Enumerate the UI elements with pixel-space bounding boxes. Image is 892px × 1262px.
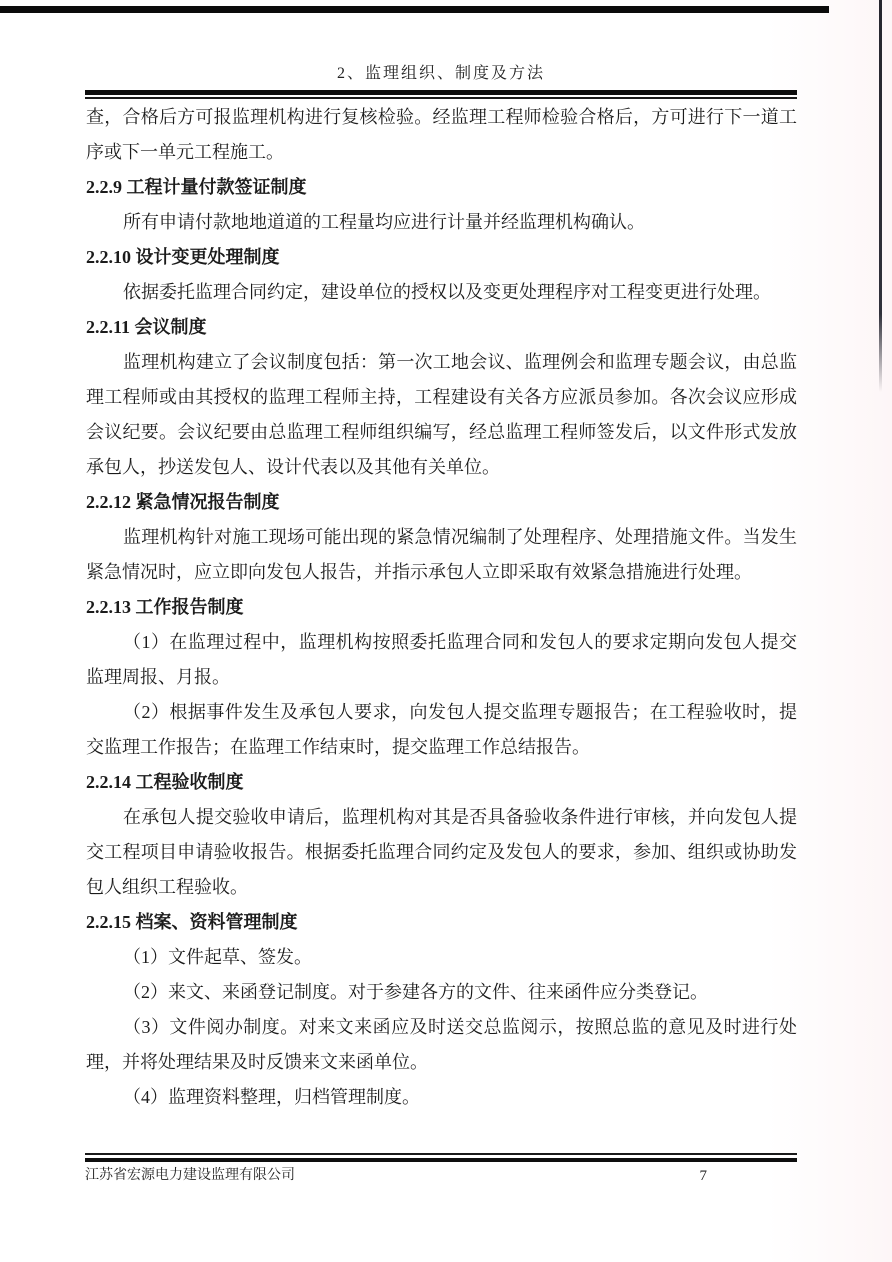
section-heading: 2.2.14 工程验收制度 — [86, 765, 797, 800]
header-rule-thin-line — [85, 97, 797, 99]
section-heading: 2.2.15 档案、资料管理制度 — [86, 905, 797, 940]
section-heading: 2.2.12 紧急情况报告制度 — [86, 485, 797, 520]
footer-rule-thick-line — [85, 1158, 797, 1163]
body-paragraph: （3）文件阅办制度。对来文来函应及时送交总监阅示，按照总监的意见及时进行处理，并… — [86, 1010, 797, 1080]
body-paragraph: 所有申请付款地地道道的工程量均应进行计量并经监理机构确认。 — [86, 205, 797, 240]
page-footer: 江苏省宏源电力建设监理有限公司 7 — [85, 1165, 797, 1187]
scan-top-edge-bar — [0, 6, 829, 13]
header-rule — [85, 90, 797, 99]
body-paragraph: 监理机构针对施工现场可能出现的紧急情况编制了处理程序、处理措施文件。当发生紧急情… — [86, 520, 797, 590]
body-paragraph: （4）监理资料整理，归档管理制度。 — [86, 1080, 797, 1115]
scan-right-edge-line — [879, 0, 882, 392]
body-paragraph: 查，合格后方可报监理机构进行复核检验。经监理工程师检验合格后，方可进行下一道工序… — [86, 100, 797, 170]
body-paragraph: 在承包人提交验收申请后，监理机构对其是否具备验收条件进行审核，并向发包人提交工程… — [86, 800, 797, 905]
document-page: { "page": { "header": { "title": "2、监理组织… — [0, 0, 892, 1262]
body-paragraph: （2）根据事件发生及承包人要求，向发包人提交监理专题报告；在工程验收时，提交监理… — [86, 695, 797, 765]
body-paragraph: （2）来文、来函登记制度。对于参建各方的文件、往来函件应分类登记。 — [86, 975, 797, 1010]
footer-page-number: 7 — [700, 1165, 798, 1187]
page-header-title: 2、监理组织、制度及方法 — [85, 60, 797, 83]
body-paragraph: 依据委托监理合同约定，建设单位的授权以及变更处理程序对工程变更进行处理。 — [86, 275, 797, 310]
section-heading: 2.2.11 会议制度 — [86, 310, 797, 345]
body-paragraph: （1）在监理过程中，监理机构按照委托监理合同和发包人的要求定期向发包人提交监理周… — [86, 625, 797, 695]
footer-company-name: 江苏省宏源电力建设监理有限公司 — [85, 1165, 295, 1187]
body-paragraph: 监理机构建立了会议制度包括：第一次工地会议、监理例会和监理专题会议，由总监理工程… — [86, 345, 797, 485]
document-body: 查，合格后方可报监理机构进行复核检验。经监理工程师检验合格后，方可进行下一道工序… — [86, 100, 797, 1115]
section-heading: 2.2.13 工作报告制度 — [86, 590, 797, 625]
body-paragraph: （1）文件起草、签发。 — [86, 940, 797, 975]
section-heading: 2.2.10 设计变更处理制度 — [86, 240, 797, 275]
footer-rule — [85, 1153, 797, 1162]
section-heading: 2.2.9 工程计量付款签证制度 — [86, 170, 797, 205]
